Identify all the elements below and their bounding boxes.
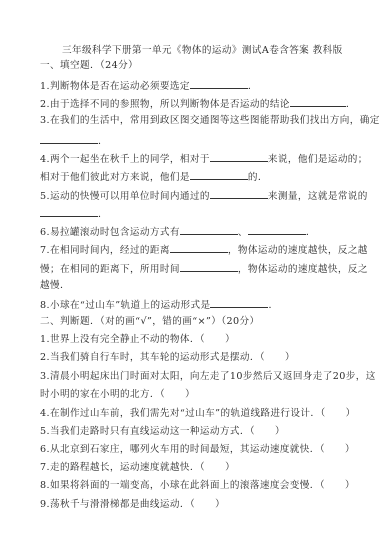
fill-question-5-line2: ． <box>40 207 108 221</box>
close-paren: ） <box>185 389 195 400</box>
question-text-suffix: ，物体运动的速度越快，反之越 <box>228 245 368 256</box>
judge-question-4: 4.在制作过山车前，我们需先对“过山车”的轨道线路进行设计．（） <box>40 408 356 420</box>
question-text: 3.在我们的生活中，常用到政区图交通图等这些图能帮助我们找出方向，确定 <box>40 115 380 126</box>
judge-question-9: 9.荡秋千与滑滑梯都是曲线运动．（） <box>40 499 225 511</box>
question-text: 8.小球在“过山车”轨道上的运动形式是 <box>40 300 210 311</box>
question-text: 5.当我们走路时只有直线运动这一种运动方式．（ <box>40 426 255 437</box>
judge-question-3-line2: 时小明的家在小明的北方．（） <box>40 389 195 401</box>
answer-blank[interactable] <box>40 134 98 144</box>
answer-blank[interactable] <box>248 225 306 235</box>
close-paren: ） <box>225 462 235 473</box>
question-text: 6.从北京到石家庄，哪列火车用的时间最短，其运动速度就快．（ <box>40 444 325 455</box>
section1-heading: 一、填空题．（24分） <box>40 60 138 72</box>
answer-blank[interactable] <box>180 262 238 272</box>
question-text-suffix: ． <box>306 227 316 238</box>
close-paren: ） <box>285 352 295 363</box>
close-paren: ） <box>345 444 355 455</box>
question-text: 2.当我们骑自行车时，其车轮的运动形式是摆动．（ <box>40 352 265 363</box>
fill-question-8: 8.小球在“过山车”轨道上的运动形式是． <box>40 298 278 312</box>
judge-question-6: 6.从北京到石家庄，哪列火车用的时间最短，其运动速度就快．（） <box>40 444 355 456</box>
answer-blank[interactable] <box>210 298 268 308</box>
question-text-suffix: 的． <box>248 172 268 183</box>
document-title: 三年级科学下册第一单元《物体的运动》测试A卷含答案 教科版 <box>62 45 343 57</box>
question-text-suffix: ，物体运动的速度越快，反之 <box>238 264 368 275</box>
exam-page: 三年级科学下册第一单元《物体的运动》测试A卷含答案 教科版 一、填空题．（24分… <box>0 0 382 540</box>
question-text: 9.荡秋千与滑滑梯都是曲线运动．（ <box>40 499 195 510</box>
question-text: 8.如果将斜面的一端变高，小球在此斜面上的滚落速度会变慢．（ <box>40 480 325 491</box>
judge-question-2: 2.当我们骑自行车时，其车轮的运动形式是摆动．（） <box>40 352 295 364</box>
fill-question-4: 4.两个一起坐在秋千上的同学，相对于来说，他们是运动的； <box>40 152 368 166</box>
answer-blank[interactable] <box>180 225 238 235</box>
answer-blank[interactable] <box>40 207 98 217</box>
separator: 、 <box>238 227 248 238</box>
fill-question-7-line3: 越慢． <box>40 280 70 292</box>
fill-question-2: 2.由于选择不同的参照物，所以判断物体是否运动的结论． <box>40 97 356 111</box>
close-paren: ） <box>275 426 285 437</box>
question-text: 4.两个一起坐在秋千上的同学，相对于 <box>40 154 210 165</box>
answer-blank[interactable] <box>210 152 268 162</box>
answer-blank[interactable] <box>170 243 228 253</box>
answer-blank[interactable] <box>290 97 346 107</box>
judge-question-8: 8.如果将斜面的一端变高，小球在此斜面上的滚落速度会变慢．（） <box>40 480 355 492</box>
question-text-suffix: ． <box>98 136 108 147</box>
question-text: 时小明的家在小明的北方．（ <box>40 389 165 400</box>
answer-blank[interactable] <box>190 79 248 89</box>
question-text: 相对于他们彼此对方来说，他们是 <box>40 172 190 183</box>
judge-question-7: 7.走的路程越长，运动速度就越快．（） <box>40 462 235 474</box>
fill-question-7: 7.在相同时间内，经过的距离，物体运动的速度越快，反之越 <box>40 243 368 257</box>
question-text: 7.走的路程越长，运动速度就越快．（ <box>40 462 205 473</box>
section2-heading: 二、判断题．（对的画“√”，错的画“×”）（20分） <box>40 316 259 328</box>
judge-question-1: 1.世界上没有完全静止不动的物体．（） <box>40 334 235 346</box>
question-text-suffix: ． <box>268 300 278 311</box>
question-text: 1.世界上没有完全静止不动的物体．（ <box>40 334 205 345</box>
close-paren: ） <box>225 334 235 345</box>
question-text-suffix: 来测量，这就是常说的 <box>268 191 368 202</box>
question-text: 1.判断物体是否在运动必须要选定 <box>40 81 190 92</box>
question-text: 6.易拉罐滚动时包含运动方式有 <box>40 227 180 238</box>
judge-question-5: 5.当我们走路时只有直线运动这一种运动方式．（） <box>40 426 285 438</box>
question-text: 慢；在相同的距离下，所用时间 <box>40 264 180 275</box>
fill-question-6: 6.易拉罐滚动时包含运动方式有、． <box>40 225 316 239</box>
question-text: 7.在相同时间内，经过的距离 <box>40 245 170 256</box>
answer-blank[interactable] <box>190 170 248 180</box>
close-paren: ） <box>345 480 355 491</box>
fill-question-5: 5.运动的快慢可以用单位时间内通过的来测量，这就是常说的 <box>40 189 368 203</box>
close-paren: ） <box>346 408 356 419</box>
question-text-suffix: ． <box>98 209 108 220</box>
answer-blank[interactable] <box>210 189 268 199</box>
fill-question-1: 1.判断物体是否在运动必须要选定． <box>40 79 258 93</box>
question-text-suffix: ． <box>248 81 258 92</box>
fill-question-3-line2: ． <box>40 134 108 148</box>
judge-question-3: 3.清晨小明起床出门时面对太阳，向左走了10步然后又返回身走了20步，这 <box>40 371 376 383</box>
question-text-suffix: 来说，他们是运动的； <box>268 154 368 165</box>
question-text: 2.由于选择不同的参照物，所以判断物体是否运动的结论 <box>40 99 290 110</box>
fill-question-3: 3.在我们的生活中，常用到政区图交通图等这些图能帮助我们找出方向，确定 <box>40 115 380 127</box>
question-text: 3.清晨小明起床出门时面对太阳，向左走了10步然后又返回身走了20步，这 <box>40 371 376 382</box>
close-paren: ） <box>215 499 225 510</box>
question-text: 5.运动的快慢可以用单位时间内通过的 <box>40 191 210 202</box>
fill-question-7-line2: 慢；在相同的距离下，所用时间，物体运动的速度越快，反之 <box>40 262 368 276</box>
question-text-suffix: ． <box>346 99 356 110</box>
fill-question-4-line2: 相对于他们彼此对方来说，他们是的． <box>40 170 268 184</box>
question-text: 4.在制作过山车前，我们需先对“过山车”的轨道线路进行设计．（ <box>40 408 326 419</box>
